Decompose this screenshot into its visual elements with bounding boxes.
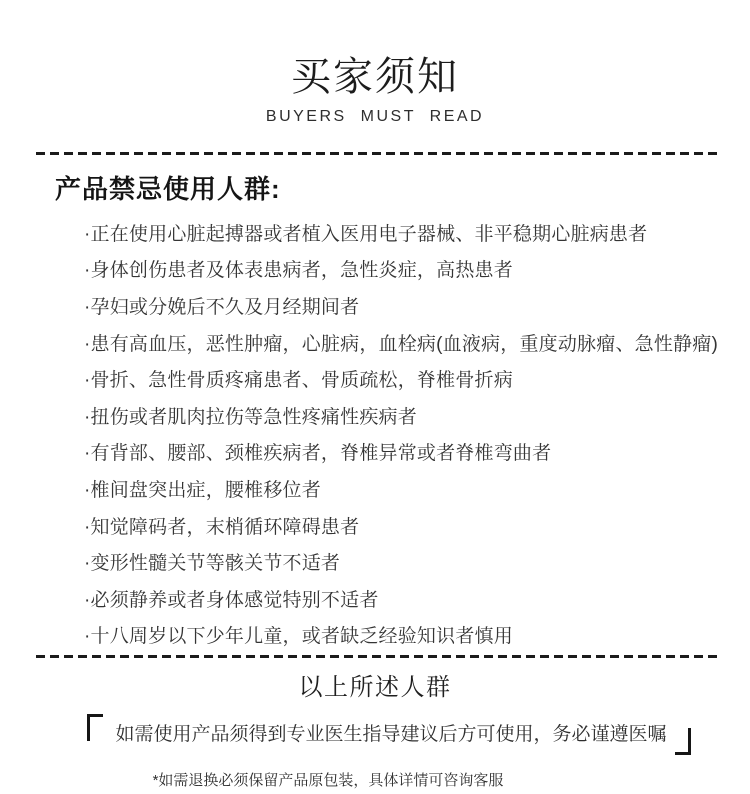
contraindication-item: ·知觉障码者，末梢循环障碍患者 — [84, 507, 750, 544]
contraindication-item: ·十八周岁以下少年儿童，或者缺乏经验知识者慎用 — [84, 617, 750, 654]
contraindication-item: ·有背部、腰部、颈椎疾病者，脊椎异常或者脊椎弯曲者 — [84, 434, 750, 471]
contraindication-item: ·患有高血压，恶性肿瘤，心脏病，血栓病(血液病，重度动脉瘤、急性静瘤) — [84, 324, 750, 361]
contraindication-item: ·必须静养或者身体感觉特别不适者 — [84, 580, 750, 617]
notice-header: 买家须知 BUYERS MUST READ — [0, 0, 750, 127]
contraindication-item: ·椎间盘突出症，腰椎移位者 — [84, 470, 750, 507]
contraindication-item: ·孕妇或分娩后不久及月经期间者 — [84, 287, 750, 324]
buyer-notice-page: 买家须知 BUYERS MUST READ 产品禁忌使用人群: ·正在使用心脏起… — [0, 0, 750, 794]
contraindication-item: ·扭伤或者肌肉拉伤等急性疼痛性疾病者 — [84, 397, 750, 434]
return-policy-note: *如需退换必须保留产品原包装，具体详情可咨询客服 — [0, 772, 750, 790]
quote-corner-right-icon — [675, 728, 691, 755]
quote-corner-left-icon — [87, 714, 103, 741]
medical-advice-text: 如需使用产品须得到专业医生指导建议后方可使用，务必谨遵医嘱 — [115, 722, 666, 748]
contraindication-item: ·正在使用心脏起搏器或者植入医用电子器械、非平稳期心脏病患者 — [84, 214, 750, 251]
contraindications-list: ·正在使用心脏起搏器或者植入医用电子器械、非平稳期心脏病患者 ·身体创伤患者及体… — [0, 214, 750, 653]
group-summary-label: 以上所述人群 — [0, 673, 750, 703]
page-title: 买家须知 — [0, 54, 750, 100]
contraindications-heading: 产品禁忌使用人群: — [55, 174, 750, 204]
page-subtitle: BUYERS MUST READ — [0, 107, 750, 127]
medical-advice-quote: 如需使用产品须得到专业医生指导建议后方可使用，务必谨遵医嘱 — [0, 714, 750, 755]
contraindication-item: ·骨折、急性骨质疼痛患者、骨质疏松，脊椎骨折病 — [84, 360, 750, 397]
dashed-divider-top — [36, 152, 720, 155]
contraindication-item: ·身体创伤患者及体表患病者，急性炎症，高热患者 — [84, 251, 750, 288]
contraindication-item: ·变形性髓关节等骸关节不适者 — [84, 543, 750, 580]
dashed-divider-bottom — [36, 655, 720, 658]
